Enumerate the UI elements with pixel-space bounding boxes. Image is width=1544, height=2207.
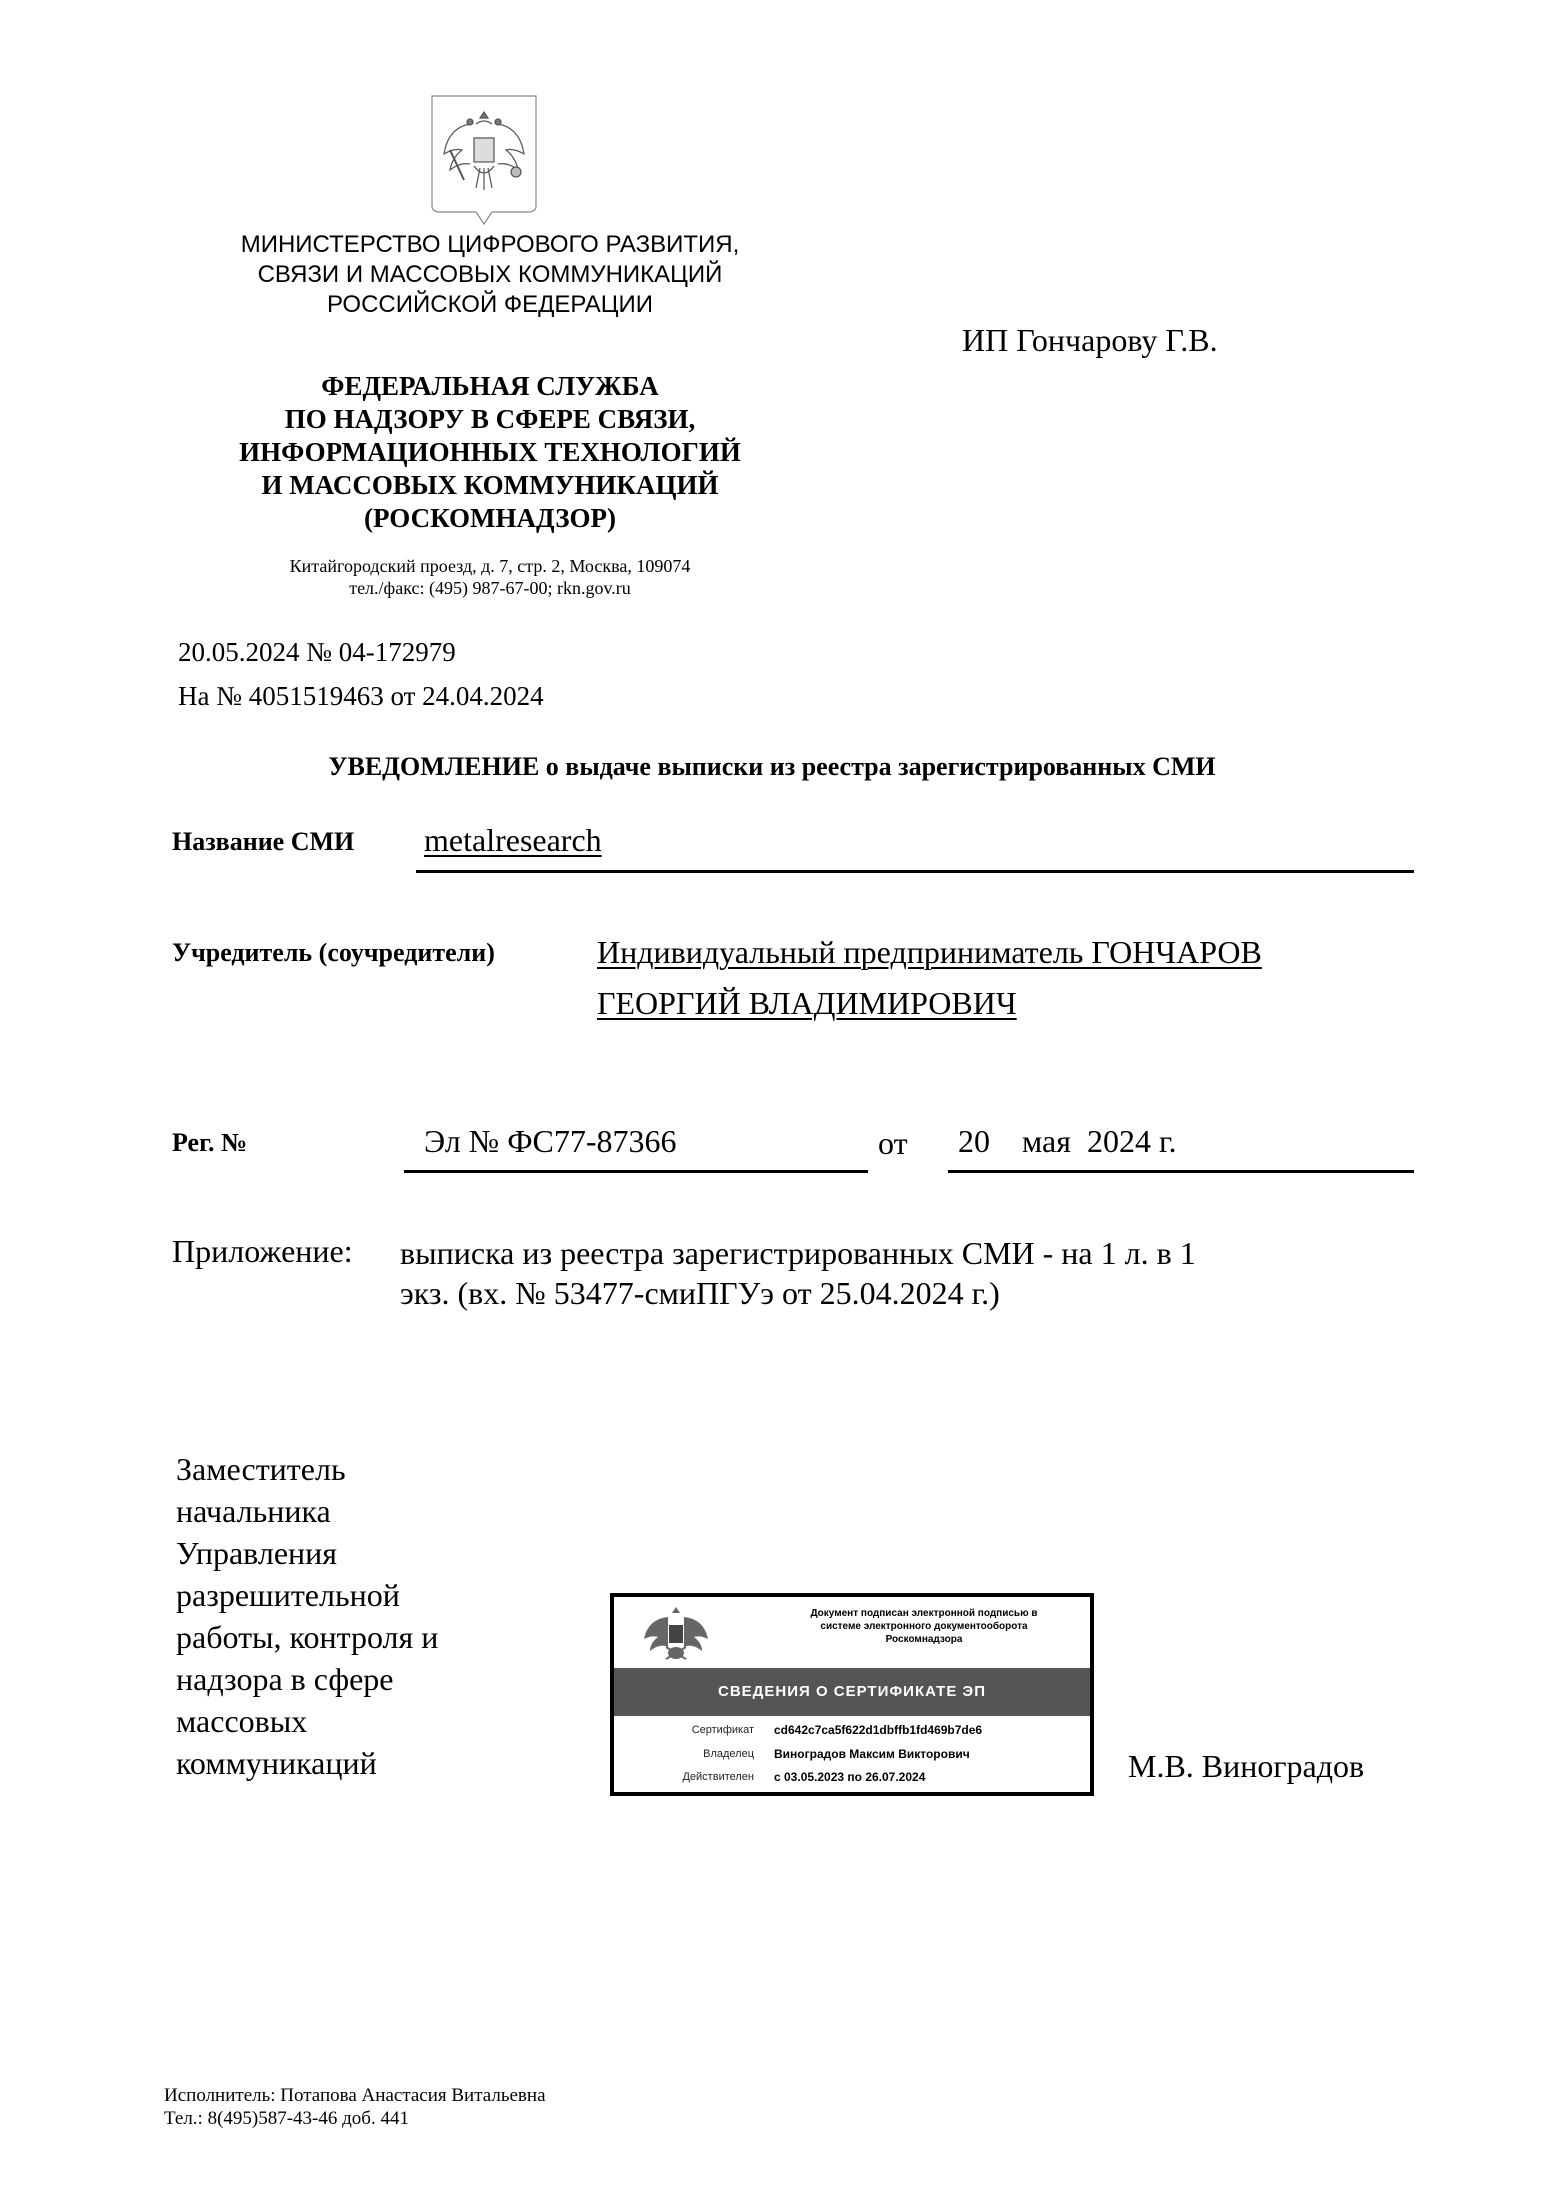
founder-value-line: Индивидуальный предприниматель ГОНЧАРОВ [597,930,1262,974]
executor-phone: Тел.: 8(495)587-43-46 доб. 441 [164,2107,546,2130]
service-line: ПО НАДЗОРУ В СФЕРЕ СВЯЗИ, [150,403,830,436]
stamp-row-certificate: Сертификат cd642c7ca5f622d1dbffb1fd469b7… [614,1721,1090,1743]
outgoing-reference: 20.05.2024 № 04-172979 На № 4051519463 о… [178,630,544,718]
attachment-line: экз. (вх. № 53477-смиПГУэ от 25.04.2024 … [400,1273,1360,1313]
stamp-row-owner: Владелец Виноградов Максим Викторович [614,1745,1090,1767]
ministry-line: СВЯЗИ И МАССОВЫХ КОММУНИКАЦИЙ [150,260,830,290]
incoming-reference: На № 4051519463 от 24.04.2024 [178,674,544,718]
service-address: Китайгородский проезд, д. 7, стр. 2, Мос… [150,555,830,599]
stamp-band-title: СВЕДЕНИЯ О СЕРТИФИКАТЕ ЭП [614,1668,1090,1716]
coat-of-arms-icon [636,1603,716,1665]
position-line: надзора в сфере [176,1658,496,1700]
stamp-row-value: Виноградов Максим Викторович [774,1747,970,1761]
attachment-text: выписка из реестра зарегистрированных СМ… [400,1233,1360,1313]
reg-from-label: от [878,1125,908,1162]
field-rule [416,870,1414,873]
service-line: (РОСКОМНАДЗОР) [150,502,830,535]
document-title: УВЕДОМЛЕНИЕ о выдаче выписки из реестра … [0,752,1544,782]
stamp-row-label: Действителен [682,1771,754,1783]
signatory-position: Заместитель начальника Управления разреш… [176,1448,496,1784]
founder-label: Учредитель (соучредители) [172,938,495,968]
executor-info: Исполнитель: Потапова Анастасия Витальев… [164,2084,546,2130]
position-line: Заместитель [176,1448,496,1490]
electronic-signature-stamp: Документ подписан электронной подписью в… [610,1593,1094,1796]
service-line: ИНФОРМАЦИОННЫХ ТЕХНОЛОГИЙ [150,436,830,469]
position-line: массовых [176,1700,496,1742]
stamp-row-value: с 03.05.2023 по 26.07.2024 [774,1770,925,1784]
stamp-row-value: cd642c7ca5f622d1dbffb1fd469b7de6 [774,1723,982,1737]
field-rule [404,1170,868,1173]
stamp-row-label: Владелец [703,1748,754,1760]
position-line: начальника [176,1490,496,1532]
signer-name: М.В. Виноградов [1128,1748,1364,1785]
position-line: коммуникаций [176,1742,496,1784]
position-line: разрешительной [176,1574,496,1616]
coat-of-arms-icon [430,94,538,228]
ministry-line: МИНИСТЕРСТВО ЦИФРОВОГО РАЗВИТИЯ, [150,230,830,260]
ministry-name: МИНИСТЕРСТВО ЦИФРОВОГО РАЗВИТИЯ, СВЯЗИ И… [150,230,830,320]
position-line: работы, контроля и [176,1616,496,1658]
service-name: ФЕДЕРАЛЬНАЯ СЛУЖБА ПО НАДЗОРУ В СФЕРЕ СВ… [150,370,830,535]
attachment-label: Приложение: [172,1233,353,1270]
reg-number-value: Эл № ФС77-87366 [424,1123,676,1160]
service-line: ФЕДЕРАЛЬНАЯ СЛУЖБА [150,370,830,403]
position-line: Управления [176,1532,496,1574]
founder-value: Индивидуальный предприниматель ГОНЧАРОВ … [597,930,1417,1032]
stamp-header: Документ подписан электронной подписью в… [614,1597,1090,1667]
reg-number-label: Рег. № [172,1128,247,1158]
contact-line: тел./факс: (495) 987-67-00; rkn.gov.ru [150,577,830,599]
address-line: Китайгородский проезд, д. 7, стр. 2, Мос… [150,555,830,577]
attachment-line: выписка из реестра зарегистрированных СМ… [400,1233,1360,1273]
stamp-header-line: Роскомнадзора [774,1633,1074,1646]
stamp-header-text: Документ подписан электронной подписью в… [774,1607,1074,1646]
ministry-line: РОССИЙСКОЙ ФЕДЕРАЦИИ [150,290,830,320]
recipient: ИП Гончарову Г.В. [962,322,1218,359]
executor-name: Исполнитель: Потапова Анастасия Витальев… [164,2084,546,2107]
outgoing-number: 20.05.2024 № 04-172979 [178,630,544,674]
stamp-header-line: системе электронного документооборота [774,1620,1074,1633]
stamp-row-label: Сертификат [692,1724,754,1736]
service-line: И МАССОВЫХ КОММУНИКАЦИЙ [150,469,830,502]
smi-name-label: Название СМИ [172,827,354,857]
reg-date-value: 20 мая 2024 г. [958,1123,1176,1160]
founder-value-line: ГЕОРГИЙ ВЛАДИМИРОВИЧ [597,981,1017,1025]
stamp-header-line: Документ подписан электронной подписью в [774,1607,1074,1620]
stamp-row-validity: Действителен с 03.05.2023 по 26.07.2024 [614,1768,1090,1790]
field-rule [948,1170,1414,1173]
smi-name-value: metalresearch [424,822,602,859]
